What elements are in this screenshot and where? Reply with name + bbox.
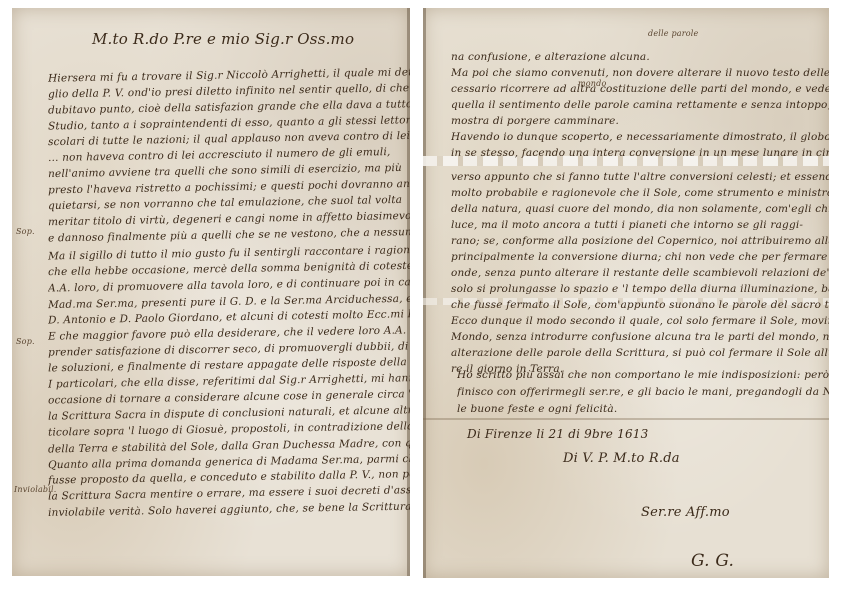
text-line: la Scrittura Sacra mentire o errare, ma … xyxy=(48,484,410,502)
text-line: meritar titolo di virtù, degeneri e cang… xyxy=(48,211,410,228)
text-line: glio della P. V. ond'io presi diletto in… xyxy=(48,83,410,100)
servant-closing: Ser.re Aff.mo xyxy=(641,506,730,519)
text-line: che fusse fermato il Sole, com'appunto s… xyxy=(451,300,829,311)
text-line: A.A. loro, di promuovere alla tavola lor… xyxy=(48,276,410,294)
text-line: I particolari, che ella disse, referitim… xyxy=(48,372,410,390)
text-line: Quanto alla prima domanda generica di Ma… xyxy=(48,452,410,471)
text-line: nell'animo avviene tra quelli che sono s… xyxy=(48,163,402,180)
text-line: Havendo io dunque scoperto, e necessaria… xyxy=(451,132,829,143)
margin-note: Sop. xyxy=(16,228,35,236)
text-line: dubitavo punto, cioè della satisfazion g… xyxy=(48,98,410,116)
signature: G. G. xyxy=(691,553,734,570)
text-line: della Terra e stabilità del Sole, dalla … xyxy=(48,436,410,455)
text-line: luce, ma il moto ancora a tutti i pianet… xyxy=(451,220,803,231)
text-line: Ma il sigillo di tutto il mio gusto fu i… xyxy=(48,245,410,262)
text-line: prender satisfazione di discorrer seco, … xyxy=(48,340,410,358)
text-line: Mondo, senza introdurre confusione alcun… xyxy=(451,332,829,343)
text-line: Hiersera mi fu a trovare il Sig.r Niccol… xyxy=(48,66,410,84)
text-line: na confusione, e alterazione alcuna. xyxy=(451,52,650,63)
text-line: ... non haveva contro di lei accresciuto… xyxy=(48,147,391,163)
text-line: principalmente la conversione diurna; ch… xyxy=(451,252,829,263)
text-line: cessario ricorrere ad altra costituzione… xyxy=(451,84,829,95)
text-line: rano; se, conforme alla posizione del Co… xyxy=(451,236,829,247)
text-line: presto l'haveva ristretto a pochissimi; … xyxy=(48,179,410,196)
letter-body-right-top: na confusione, e alterazione alcuna. Ma … xyxy=(451,52,821,162)
text-line: verso appunto che si fanno tutte l'altre… xyxy=(451,172,829,183)
text-line: in se stesso, facendo una intera convers… xyxy=(451,148,829,159)
text-line: fusse proposto da quella, e conceduto e … xyxy=(48,468,410,486)
text-line: Ho scritto più assai che non comportano … xyxy=(457,370,829,381)
text-line: della natura, quasi cuore del mondo, dia… xyxy=(451,204,829,215)
text-line: onde, senza punto alterare il restante d… xyxy=(451,268,829,279)
text-line: scolari di tutte le nazioni; il qual app… xyxy=(48,131,410,148)
text-line: alterazione delle parole della Scrittura… xyxy=(451,348,829,359)
dateline: Di Firenze li 21 di 9bre 1613 xyxy=(467,428,648,440)
text-line: le soluzioni, e finalmente di restare ap… xyxy=(48,357,410,374)
text-line: Mad.ma Ser.ma, presenti pure il G. D. e … xyxy=(48,292,410,311)
text-line: solo si prolungasse lo spazio e 'l tempo… xyxy=(451,284,829,295)
text-line: e dannoso finalmente più a quelli che se… xyxy=(48,227,410,244)
page-edge xyxy=(423,8,426,578)
text-line: Ecco dunque il modo secondo il quale, co… xyxy=(451,316,829,327)
text-line: che ella hebbe occasione, mercè della so… xyxy=(48,261,410,278)
salutation: M.to R.do P.re e mio Sig.r Oss.mo xyxy=(92,32,354,47)
letter-body-right-middle: verso appunto che si fanno tutte l'altre… xyxy=(451,172,821,392)
manuscript-page-right: delle parole mondo na confusione, e alte… xyxy=(423,8,829,578)
text-line: E che maggior favore può ella desiderare… xyxy=(48,324,410,342)
valediction: Di V. P. M.to R.da xyxy=(563,452,680,465)
text-line: finisco con offerirmegli ser.re, e gli b… xyxy=(457,387,829,398)
letter-body-left: Hiersera mi fu a trovare il Sig.r Niccol… xyxy=(48,70,398,510)
text-line: mostra di porgere camminare. xyxy=(451,116,619,127)
text-line: Studio, tanto a i sopraintendenti di ess… xyxy=(48,114,410,132)
text-line: Ma poi che siamo convenuti, non dovere a… xyxy=(451,68,829,79)
margin-note: Inviolabil. xyxy=(14,486,57,494)
text-line: ticolare sopra 'l luogo di Giosuè, propo… xyxy=(48,420,410,438)
text-line: molto probabile e ragionevole che il Sol… xyxy=(451,188,829,199)
letter-closing: Ho scritto più assai che non comportano … xyxy=(457,370,821,430)
text-line: la Scrittura Sacra in dispute di conclus… xyxy=(48,404,410,422)
text-line: inviolabile verità. Solo haverei aggiunt… xyxy=(48,500,410,518)
text-line: quella il sentimento delle parole camina… xyxy=(451,100,829,111)
interlinear-note: delle parole xyxy=(648,30,698,38)
text-line: le buone feste e ogni felicità. xyxy=(457,404,617,415)
manuscript-page-left: M.to R.do P.re e mio Sig.r Oss.mo Hierse… xyxy=(12,8,410,576)
margin-note: Sop. xyxy=(16,338,35,346)
text-line: occasione di tornare a considerare alcun… xyxy=(48,388,410,406)
text-line: quietarsi, se non vorranno che tal emula… xyxy=(48,195,402,212)
text-line: D. Antonio e D. Paolo Giordano, et alcun… xyxy=(48,308,410,326)
